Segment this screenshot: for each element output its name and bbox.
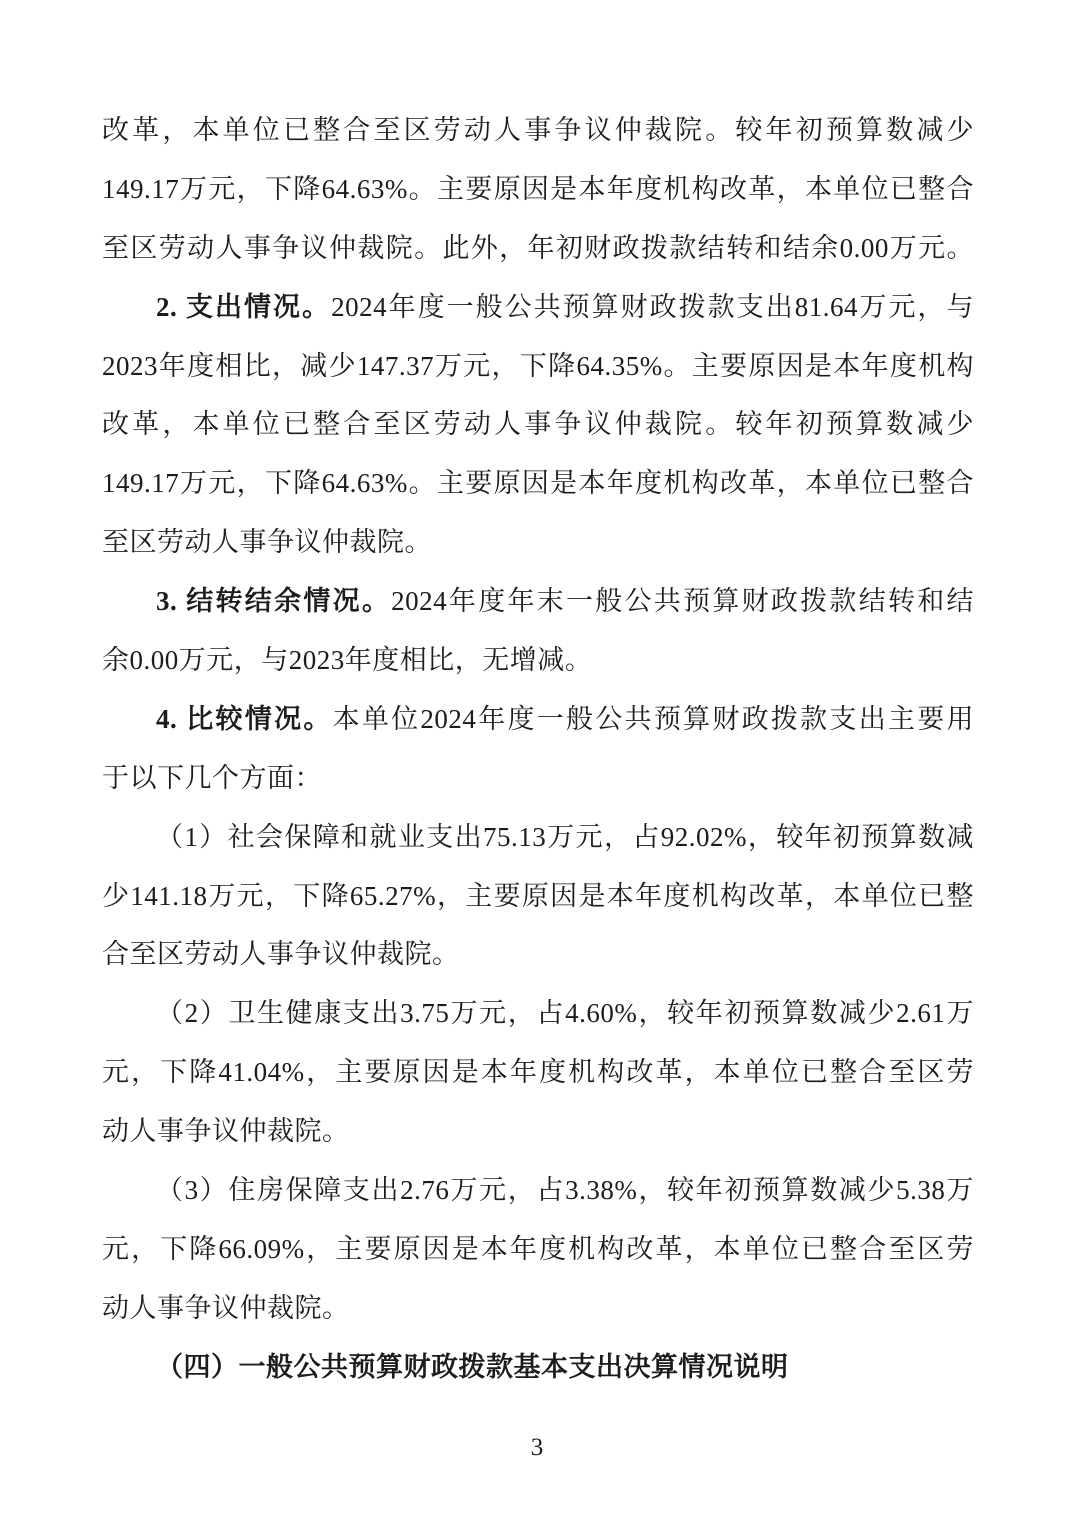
text-line: 149.17万元，下降64.63%。主要原因是本年度机构改革，本单位已整合 [102, 160, 974, 219]
text-run: 元，下降41.04%，主要原因是本年度机构改革，本单位已整合至区劳 [102, 1057, 974, 1087]
text-run: 动人事争议仲裁院。 [102, 1116, 350, 1146]
text-line: （2）卫生健康支出3.75万元，占4.60%，较年初预算数减少2.61万 [102, 984, 974, 1043]
text-run: 2023年度相比，减少147.37万元，下降64.35%。主要原因是本年度机构 [102, 351, 974, 381]
text-line: 于以下几个方面： [102, 749, 974, 808]
bold-text-run: 4. 比较情况。 [156, 704, 333, 734]
text-run: 改革，本单位已整合至区劳动人事争议仲裁院。较年初预算数减少 [102, 115, 974, 145]
text-line: 少141.18万元，下降65.27%，主要原因是本年度机构改革，本单位已整 [102, 867, 974, 926]
text-run: 2024年度年末一般公共预算财政拨款结转和结 [391, 586, 974, 616]
text-line: 2023年度相比，减少147.37万元，下降64.35%。主要原因是本年度机构 [102, 337, 974, 396]
text-line: 2. 支出情况。2024年度一般公共预算财政拨款支出81.64万元，与 [102, 278, 974, 337]
text-line: 余0.00万元，与2023年度相比，无增减。 [102, 631, 974, 690]
text-line: 改革，本单位已整合至区劳动人事争议仲裁院。较年初预算数减少 [102, 395, 974, 454]
text-line: （四）一般公共预算财政拨款基本支出决算情况说明 [102, 1338, 974, 1397]
text-run: 至区劳动人事争议仲裁院。 [102, 527, 432, 557]
text-run: （2）卫生健康支出3.75万元，占4.60%，较年初预算数减少2.61万 [156, 998, 974, 1028]
page-number: 3 [0, 1432, 1074, 1464]
bold-text-run: （四）一般公共预算财政拨款基本支出决算情况说明 [156, 1352, 789, 1382]
text-run: 149.17万元，下降64.63%。主要原因是本年度机构改革，本单位已整合 [102, 174, 974, 204]
text-run: （1）社会保障和就业支出75.13万元，占92.02%，较年初预算数减 [156, 822, 974, 852]
text-line: 4. 比较情况。本单位2024年度一般公共预算财政拨款支出主要用 [102, 690, 974, 749]
text-run: 于以下几个方面： [102, 763, 322, 793]
text-run: 余0.00万元，与2023年度相比，无增减。 [102, 645, 592, 675]
text-line: 合至区劳动人事争议仲裁院。 [102, 925, 974, 984]
text-run: 元，下降66.09%，主要原因是本年度机构改革，本单位已整合至区劳 [102, 1234, 974, 1264]
text-run: 至区劳动人事争议仲裁院。此外，年初财政拨款结转和结余0.00万元。 [102, 233, 974, 263]
text-line: 149.17万元，下降64.63%。主要原因是本年度机构改革，本单位已整合 [102, 454, 974, 513]
document-page: 改革，本单位已整合至区劳动人事争议仲裁院。较年初预算数减少149.17万元，下降… [0, 0, 1074, 1520]
text-line: 至区劳动人事争议仲裁院。此外，年初财政拨款结转和结余0.00万元。 [102, 219, 974, 278]
text-line: 动人事争议仲裁院。 [102, 1102, 974, 1161]
text-line: 3. 结转结余情况。2024年度年末一般公共预算财政拨款结转和结 [102, 572, 974, 631]
document-body: 改革，本单位已整合至区劳动人事争议仲裁院。较年初预算数减少149.17万元，下降… [102, 101, 974, 1397]
text-line: 改革，本单位已整合至区劳动人事争议仲裁院。较年初预算数减少 [102, 101, 974, 160]
bold-text-run: 3. 结转结余情况。 [156, 586, 391, 616]
text-line: （1）社会保障和就业支出75.13万元，占92.02%，较年初预算数减 [102, 808, 974, 867]
bold-text-run: 2. 支出情况。 [156, 292, 331, 322]
text-run: 本单位2024年度一般公共预算财政拨款支出主要用 [333, 704, 974, 734]
text-run: （3）住房保障支出2.76万元，占3.38%，较年初预算数减少5.38万 [156, 1175, 974, 1205]
text-run: 2024年度一般公共预算财政拨款支出81.64万元，与 [331, 292, 974, 322]
text-run: 149.17万元，下降64.63%。主要原因是本年度机构改革，本单位已整合 [102, 468, 974, 498]
text-run: 改革，本单位已整合至区劳动人事争议仲裁院。较年初预算数减少 [102, 409, 974, 439]
text-line: 至区劳动人事争议仲裁院。 [102, 513, 974, 572]
text-line: 动人事争议仲裁院。 [102, 1279, 974, 1338]
text-line: 元，下降66.09%，主要原因是本年度机构改革，本单位已整合至区劳 [102, 1220, 974, 1279]
text-run: 合至区劳动人事争议仲裁院。 [102, 939, 460, 969]
text-line: 元，下降41.04%，主要原因是本年度机构改革，本单位已整合至区劳 [102, 1043, 974, 1102]
text-run: 少141.18万元，下降65.27%，主要原因是本年度机构改革，本单位已整 [102, 881, 974, 911]
text-line: （3）住房保障支出2.76万元，占3.38%，较年初预算数减少5.38万 [102, 1161, 974, 1220]
text-run: 动人事争议仲裁院。 [102, 1293, 350, 1323]
